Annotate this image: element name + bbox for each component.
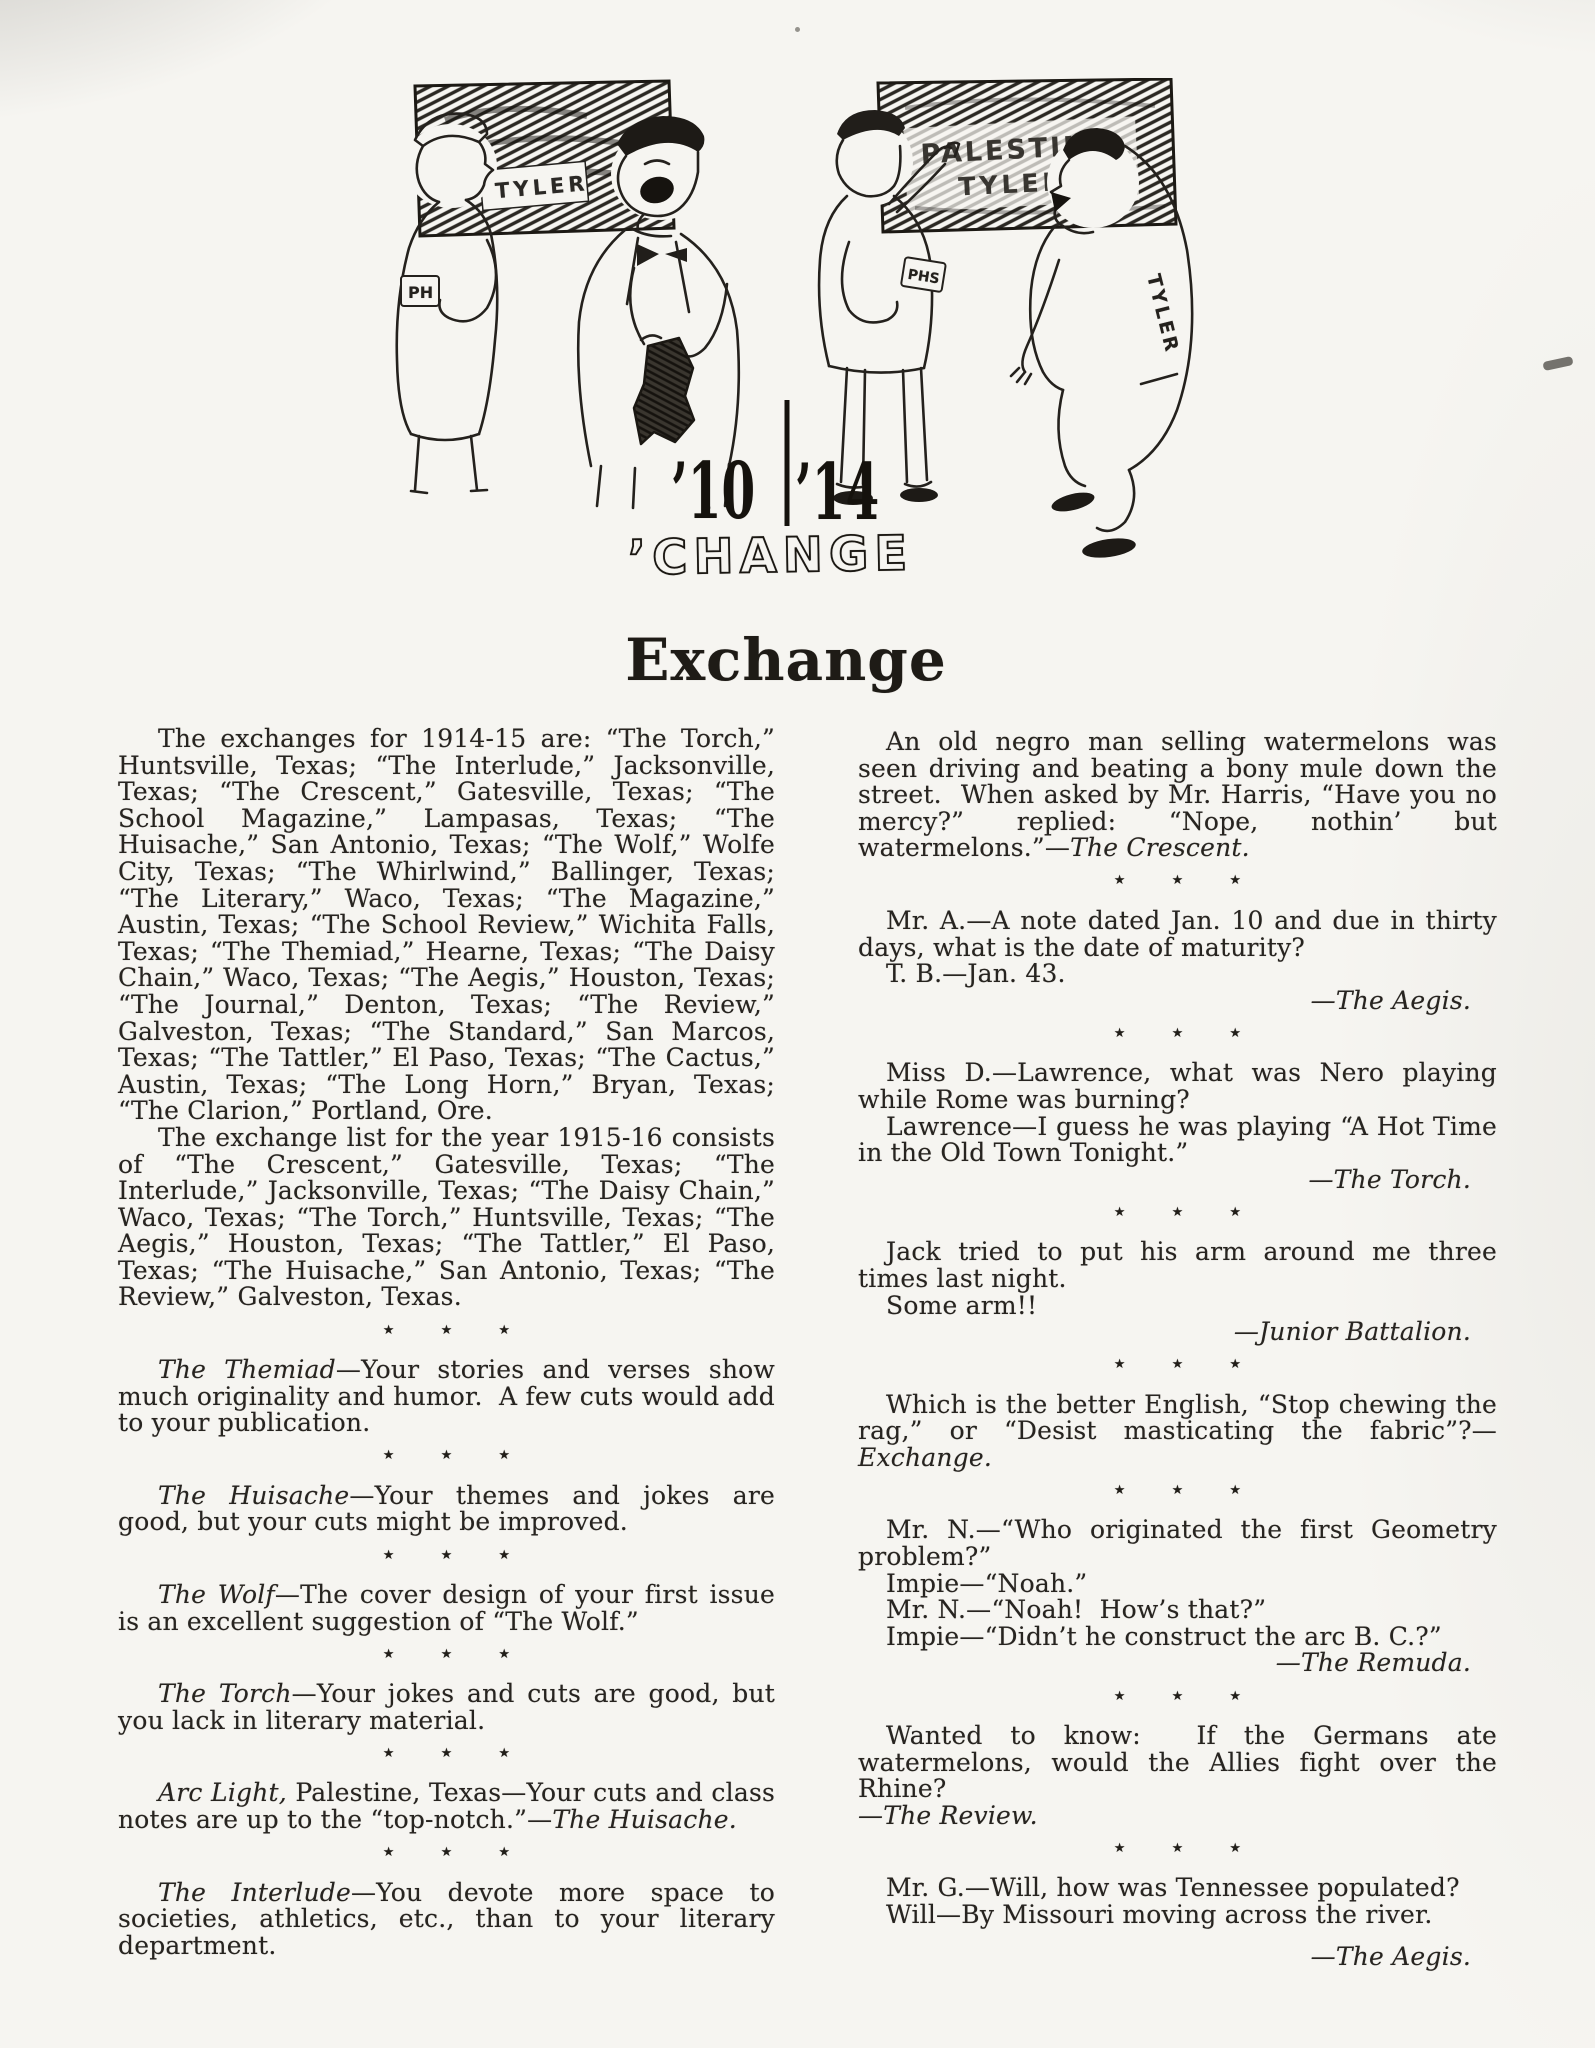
star-separator: ★ ★ ★	[858, 1840, 1497, 1856]
star-icon: ★	[1172, 1027, 1184, 1040]
attribution: —The Torch.	[858, 1167, 1497, 1194]
joke-text: Which is the better English, “Stop chewi…	[858, 1390, 1497, 1446]
star-icon: ★	[1229, 1484, 1241, 1497]
star-icon: ★	[1114, 1484, 1126, 1497]
attribution: —The Aegis.	[858, 988, 1497, 1015]
attribution-inline: The Huisache.	[552, 1805, 737, 1834]
exchange-list-1915: The exchange list for the year 1915-16 c…	[118, 1125, 775, 1311]
joke-line: Impie—“Didn’t he construct the arc B. C.…	[858, 1624, 1497, 1651]
review-interlude: The Interlude—You devote more space to s…	[118, 1880, 775, 1960]
exchange-cartoon-illustration: TYLER PALESTINE TYLER PH	[385, 78, 1195, 600]
star-icon: ★	[441, 1747, 453, 1760]
star-icon: ★	[383, 1324, 395, 1337]
scan-edge-mark	[1542, 356, 1573, 371]
joke-better-english: Which is the better English, “Stop chewi…	[858, 1392, 1497, 1472]
joke-watermelons: An old negro man selling watermelons was…	[858, 729, 1497, 862]
joke-line: Impie—“Noah.”	[858, 1571, 1497, 1598]
review-themiad: The Themiad—Your stories and verses show…	[118, 1357, 775, 1437]
attribution-inline: Exchange.	[858, 1443, 992, 1472]
joke-line: Some arm!!	[858, 1293, 1497, 1320]
joke-line: Lawrence—I guess he was playing “A Hot T…	[858, 1114, 1497, 1167]
star-separator: ★ ★ ★	[118, 1547, 775, 1563]
joke-line: Mr. A.—A note dated Jan. 10 and due in t…	[858, 908, 1497, 961]
star-icon: ★	[383, 1449, 395, 1462]
publication-name: Arc Light,	[158, 1778, 287, 1807]
star-icon: ★	[1229, 1358, 1241, 1371]
star-icon: ★	[1114, 1027, 1126, 1040]
star-icon: ★	[498, 1449, 510, 1462]
star-icon: ★	[383, 1846, 395, 1859]
star-icon: ★	[1172, 1358, 1184, 1371]
yearbook-exchange-page: TYLER PALESTINE TYLER PH	[0, 0, 1595, 2048]
attribution: —The Review.	[858, 1803, 1497, 1830]
armband-ph-label: PH	[408, 283, 433, 302]
year-10: ’10	[671, 446, 755, 537]
attribution-inline: The Crescent.	[1070, 833, 1250, 862]
star-separator: ★ ★ ★	[858, 1357, 1497, 1373]
star-separator: ★ ★ ★	[858, 873, 1497, 889]
left-column: The exchanges for 1914-15 are: “The Torc…	[118, 726, 775, 1959]
publication-name: The Themiad	[158, 1355, 336, 1384]
joke-wanted-to-know: Wanted to know: If the Germans ate water…	[858, 1723, 1497, 1803]
star-icon: ★	[383, 1747, 395, 1760]
attribution: —The Remuda.	[858, 1650, 1497, 1677]
exchange-list-1914: The exchanges for 1914-15 are: “The Torc…	[118, 726, 775, 1125]
joke-line: Mr. N.—“Noah! How’s that?”	[858, 1597, 1497, 1624]
star-separator: ★ ★ ★	[858, 1204, 1497, 1220]
right-sign: PALESTINE TYLER	[878, 79, 1176, 232]
ink-speck	[795, 27, 800, 32]
coat-tyler-label: TYLER	[1142, 272, 1183, 356]
page-title: Exchange	[0, 626, 1572, 694]
star-icon: ★	[383, 1549, 395, 1562]
star-icon: ★	[1172, 874, 1184, 887]
joke-line: Miss D.—Lawrence, what was Nero playing …	[858, 1060, 1497, 1113]
star-separator: ★ ★ ★	[858, 1688, 1497, 1704]
star-separator: ★ ★ ★	[858, 1025, 1497, 1041]
star-icon: ★	[498, 1846, 510, 1859]
attribution: —The Aegis.	[858, 1944, 1497, 1971]
star-icon: ★	[498, 1648, 510, 1661]
star-separator: ★ ★ ★	[118, 1845, 775, 1861]
star-icon: ★	[1229, 874, 1241, 887]
star-icon: ★	[498, 1324, 510, 1337]
star-separator: ★ ★ ★	[118, 1646, 775, 1662]
star-icon: ★	[1114, 874, 1126, 887]
joke-line: Mr. N.—“Who originated the first Geometr…	[858, 1517, 1497, 1570]
star-icon: ★	[1114, 1206, 1126, 1219]
review-huisache: The Huisache—Your themes and jokes are g…	[118, 1483, 775, 1536]
review-wolf: The Wolf—The cover design of your first …	[118, 1582, 775, 1635]
right-column: An old negro man selling watermelons was…	[858, 729, 1497, 1970]
publication-name: The Huisache	[158, 1481, 349, 1510]
joke-line: Mr. G.—Will, how was Tennessee populated…	[858, 1875, 1497, 1902]
joke-line: Will—By Missouri moving across the river…	[858, 1902, 1497, 1929]
attribution: —Junior Battalion.	[858, 1319, 1497, 1346]
star-icon: ★	[1229, 1690, 1241, 1703]
publication-name: The Interlude	[158, 1878, 351, 1907]
change-caption: ’CHANGE	[627, 525, 913, 586]
publication-name: The Torch	[158, 1679, 292, 1708]
star-separator: ★ ★ ★	[858, 1482, 1497, 1498]
publication-name: The Wolf	[158, 1580, 275, 1609]
star-separator: ★ ★ ★	[118, 1745, 775, 1761]
joke-line: T. B.—Jan. 43.	[858, 961, 1497, 988]
star-icon: ★	[1114, 1842, 1126, 1855]
crumpled-bag	[634, 338, 694, 444]
star-icon: ★	[1172, 1484, 1184, 1497]
star-icon: ★	[498, 1549, 510, 1562]
review-torch: The Torch—Your jokes and cuts are good, …	[118, 1681, 775, 1734]
star-separator: ★ ★ ★	[118, 1322, 775, 1338]
star-icon: ★	[498, 1747, 510, 1760]
star-icon: ★	[383, 1648, 395, 1661]
star-icon: ★	[1114, 1358, 1126, 1371]
star-icon: ★	[1172, 1842, 1184, 1855]
star-icon: ★	[1172, 1206, 1184, 1219]
star-icon: ★	[441, 1648, 453, 1661]
star-icon: ★	[1229, 1206, 1241, 1219]
figure-cap-person-left: PH	[397, 114, 498, 493]
star-icon: ★	[1229, 1027, 1241, 1040]
star-icon: ★	[1172, 1690, 1184, 1703]
joke-line: Jack tried to put his arm around me thre…	[858, 1239, 1497, 1292]
star-separator: ★ ★ ★	[118, 1448, 775, 1464]
star-icon: ★	[441, 1846, 453, 1859]
star-icon: ★	[441, 1449, 453, 1462]
year-14: ’14	[795, 447, 879, 538]
review-arc-light: Arc Light, Palestine, Texas—Your cuts an…	[118, 1780, 775, 1833]
star-icon: ★	[1114, 1690, 1126, 1703]
star-icon: ★	[441, 1324, 453, 1337]
star-icon: ★	[441, 1549, 453, 1562]
star-icon: ★	[1229, 1842, 1241, 1855]
